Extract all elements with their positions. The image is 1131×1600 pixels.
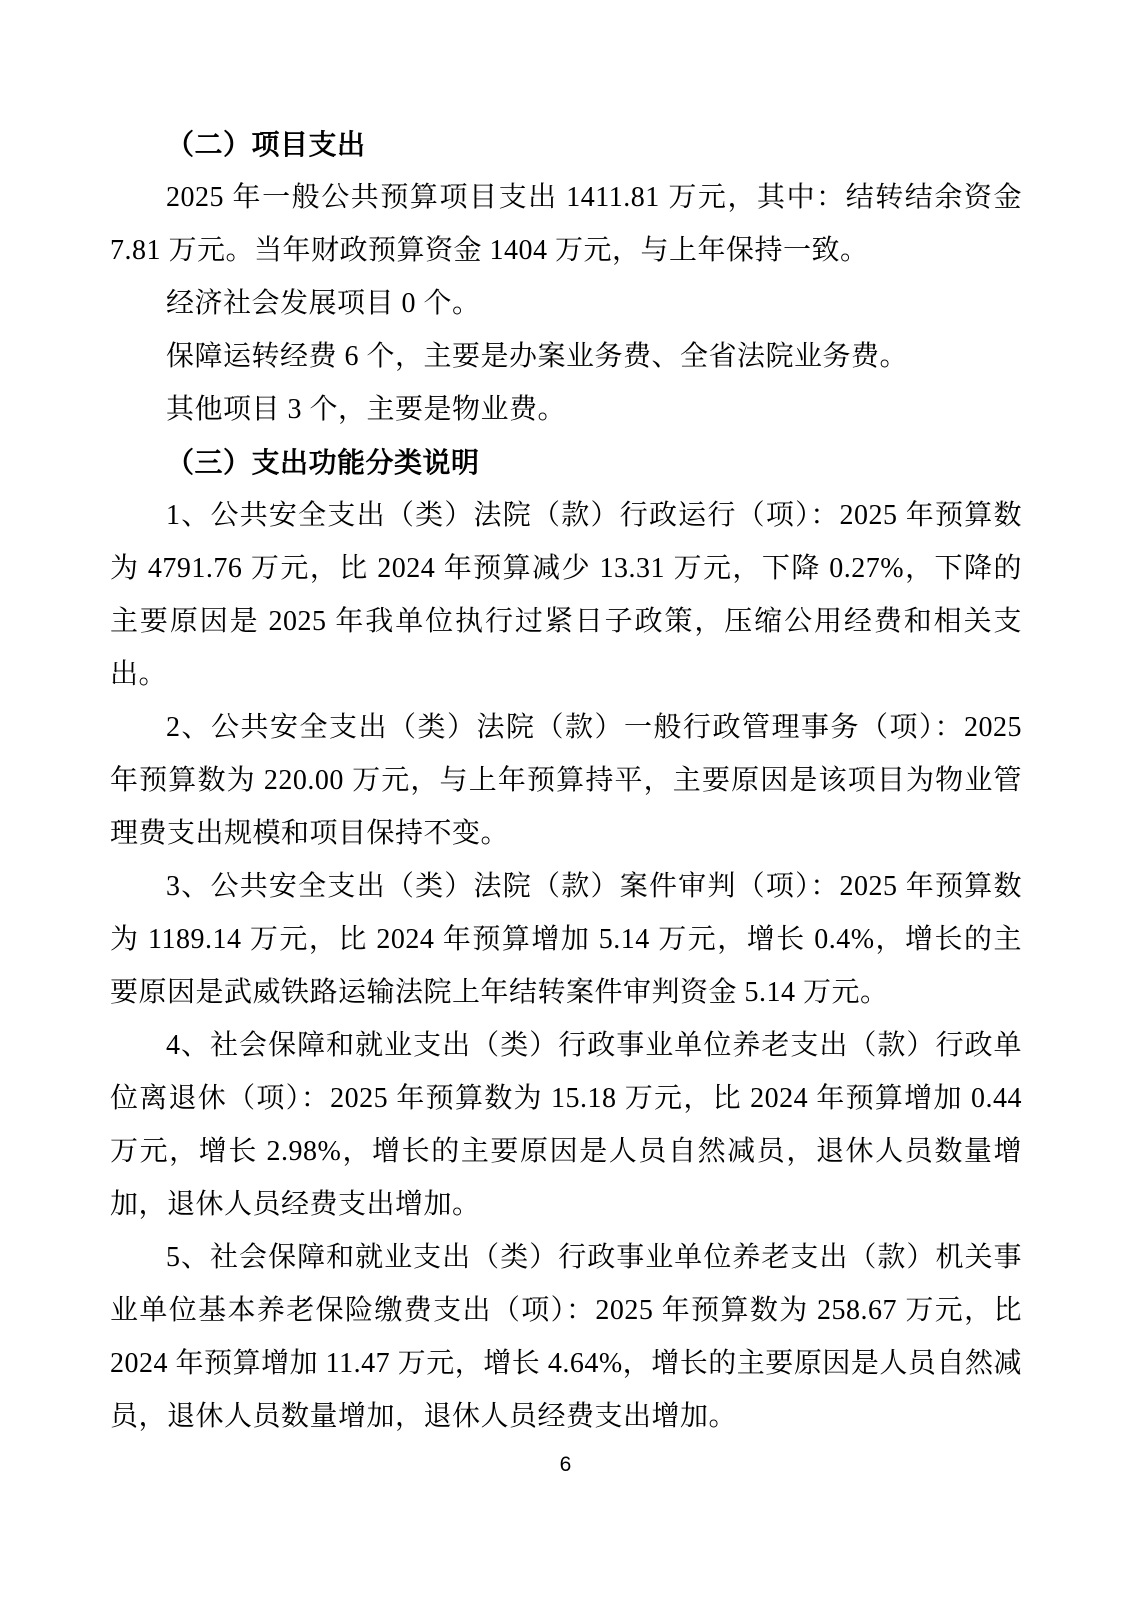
document-content: （二）项目支出 2025 年一般公共预算项目支出 1411.81 万元，其中：结… — [110, 118, 1022, 1443]
paragraph-project-expenditure-summary: 2025 年一般公共预算项目支出 1411.81 万元，其中：结转结余资金 7.… — [110, 171, 1022, 277]
page-number: 6 — [0, 1453, 1131, 1477]
section-heading-function-classification: （三）支出功能分类说明 — [110, 436, 1022, 489]
paragraph-other-projects: 其他项目 3 个，主要是物业费。 — [110, 383, 1022, 436]
paragraph-economic-social-projects: 经济社会发展项目 0 个。 — [110, 277, 1022, 330]
paragraph-operation-support-funds: 保障运转经费 6 个，主要是办案业务费、全省法院业务费。 — [110, 330, 1022, 383]
paragraph-item-4-retirement: 4、社会保障和就业支出（类）行政事业单位养老支出（款）行政单位离退休（项）：20… — [110, 1019, 1022, 1231]
document-page: （二）项目支出 2025 年一般公共预算项目支出 1411.81 万元，其中：结… — [0, 0, 1131, 1600]
section-heading-project-expenditure: （二）项目支出 — [110, 118, 1022, 171]
paragraph-item-2-general-admin-affairs: 2、公共安全支出（类）法院（款）一般行政管理事务（项）：2025 年预算数为 2… — [110, 701, 1022, 860]
paragraph-item-5-pension-contribution: 5、社会保障和就业支出（类）行政事业单位养老支出（款）机关事业单位基本养老保险缴… — [110, 1231, 1022, 1443]
paragraph-item-3-case-trial: 3、公共安全支出（类）法院（款）案件审判（项）：2025 年预算数为 1189.… — [110, 860, 1022, 1019]
paragraph-item-1-administrative-operation: 1、公共安全支出（类）法院（款）行政运行（项）：2025 年预算数为 4791.… — [110, 489, 1022, 701]
